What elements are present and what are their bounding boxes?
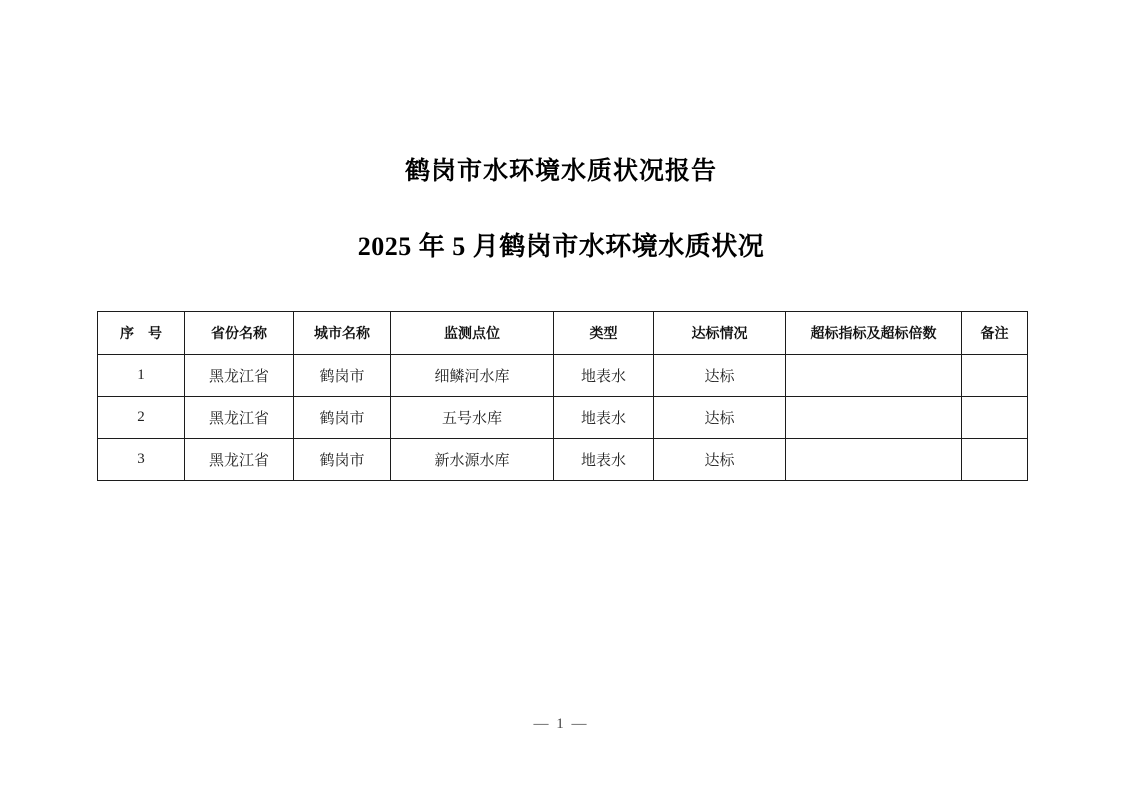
header-exceed: 超标指标及超标倍数 <box>786 312 962 355</box>
cell-status: 达标 <box>654 355 786 397</box>
report-subtitle: 2025 年 5 月鹤岗市水环境水质状况 <box>0 226 1122 263</box>
cell-type: 地表水 <box>554 439 654 481</box>
cell-seq: 1 <box>98 355 185 397</box>
cell-site: 细鳞河水库 <box>391 355 554 397</box>
cell-remark <box>962 397 1028 439</box>
cell-site: 新水源水库 <box>391 439 554 481</box>
cell-type: 地表水 <box>554 397 654 439</box>
cell-province: 黑龙江省 <box>185 439 294 481</box>
cell-type: 地表水 <box>554 355 654 397</box>
cell-status: 达标 <box>654 397 786 439</box>
page-number: — 1 — <box>0 716 1122 733</box>
report-title: 鹤岗市水环境水质状况报告 <box>0 151 1122 187</box>
header-seq: 序 号 <box>98 312 185 355</box>
table-row: 3 黑龙江省 鹤岗市 新水源水库 地表水 达标 <box>98 439 1028 481</box>
cell-seq: 3 <box>98 439 185 481</box>
cell-exceed <box>786 397 962 439</box>
header-site: 监测点位 <box>391 312 554 355</box>
cell-remark <box>962 355 1028 397</box>
cell-province: 黑龙江省 <box>185 355 294 397</box>
header-status: 达标情况 <box>654 312 786 355</box>
table-row: 2 黑龙江省 鹤岗市 五号水库 地表水 达标 <box>98 397 1028 439</box>
cell-province: 黑龙江省 <box>185 397 294 439</box>
document-page: 鹤岗市水环境水质状况报告 2025 年 5 月鹤岗市水环境水质状况 序 号 省份… <box>0 0 1122 793</box>
cell-city: 鹤岗市 <box>294 439 391 481</box>
cell-status: 达标 <box>654 439 786 481</box>
cell-exceed <box>786 355 962 397</box>
header-province: 省份名称 <box>185 312 294 355</box>
cell-city: 鹤岗市 <box>294 397 391 439</box>
table-header-row: 序 号 省份名称 城市名称 监测点位 类型 达标情况 超标指标及超标倍数 备注 <box>98 312 1028 355</box>
table-row: 1 黑龙江省 鹤岗市 细鳞河水库 地表水 达标 <box>98 355 1028 397</box>
cell-remark <box>962 439 1028 481</box>
header-remark: 备注 <box>962 312 1028 355</box>
cell-city: 鹤岗市 <box>294 355 391 397</box>
header-type: 类型 <box>554 312 654 355</box>
water-quality-table: 序 号 省份名称 城市名称 监测点位 类型 达标情况 超标指标及超标倍数 备注 … <box>97 311 1028 481</box>
cell-seq: 2 <box>98 397 185 439</box>
cell-exceed <box>786 439 962 481</box>
cell-site: 五号水库 <box>391 397 554 439</box>
header-city: 城市名称 <box>294 312 391 355</box>
